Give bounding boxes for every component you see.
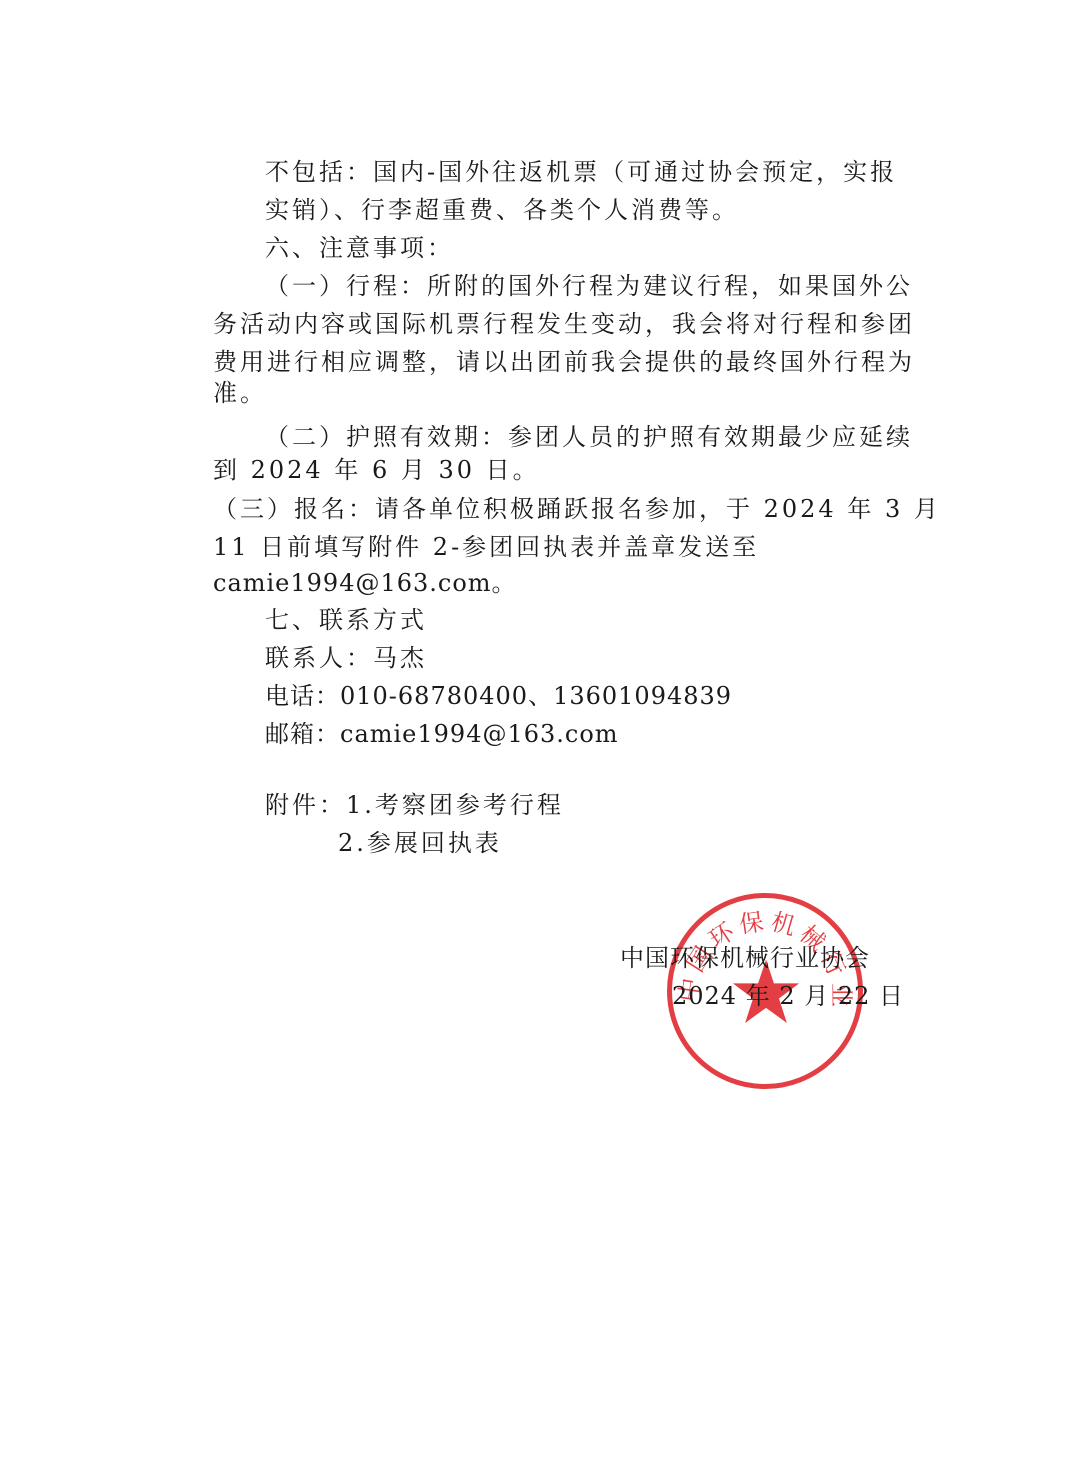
body-line-4: （一）行程：所附的国外行程为建议行程，如果国外公 <box>265 271 913 301</box>
contact-heading: 七、联系方式 <box>265 605 427 635</box>
signature-organization: 中国环保机械行业协会 <box>620 943 870 973</box>
body-line-10: （三）报名：请各单位积极踊跃报名参加，于 2024 年 3 月 <box>213 494 941 524</box>
body-line-2: 实销）、行李超重费、各类个人消费等。 <box>265 195 739 225</box>
section-heading-notes: 六、注意事项： <box>265 233 454 263</box>
contact-person: 联系人：马杰 <box>265 643 427 673</box>
body-line-1: 不包括：国内-国外往返机票（可通过协会预定，实报 <box>265 157 897 187</box>
body-line-9: 到 2024 年 6 月 30 日。 <box>213 455 540 485</box>
attachments-line-1: 附件：1.考察团参考行程 <box>265 790 564 820</box>
body-line-7: 准。 <box>213 378 267 408</box>
body-line-11: 11 日前填写附件 2-参团回执表并盖章发送至 <box>213 532 759 562</box>
body-line-12-email: camie1994@163.com。 <box>213 568 517 598</box>
body-line-6: 费用进行相应调整，请以出团前我会提供的最终国外行程为 <box>213 347 915 377</box>
signature-date: 2024 年 2 月 22 日 <box>672 981 904 1011</box>
body-line-8: （二）护照有效期：参团人员的护照有效期最少应延续 <box>265 422 913 452</box>
contact-email: 邮箱：camie1994@163.com <box>265 719 619 749</box>
contact-phone: 电话：010-68780400、13601094839 <box>265 681 732 711</box>
body-line-5: 务活动内容或国际机票行程发生变动，我会将对行程和参团 <box>213 309 915 339</box>
attachments-line-2: 2.参展回执表 <box>338 828 502 858</box>
